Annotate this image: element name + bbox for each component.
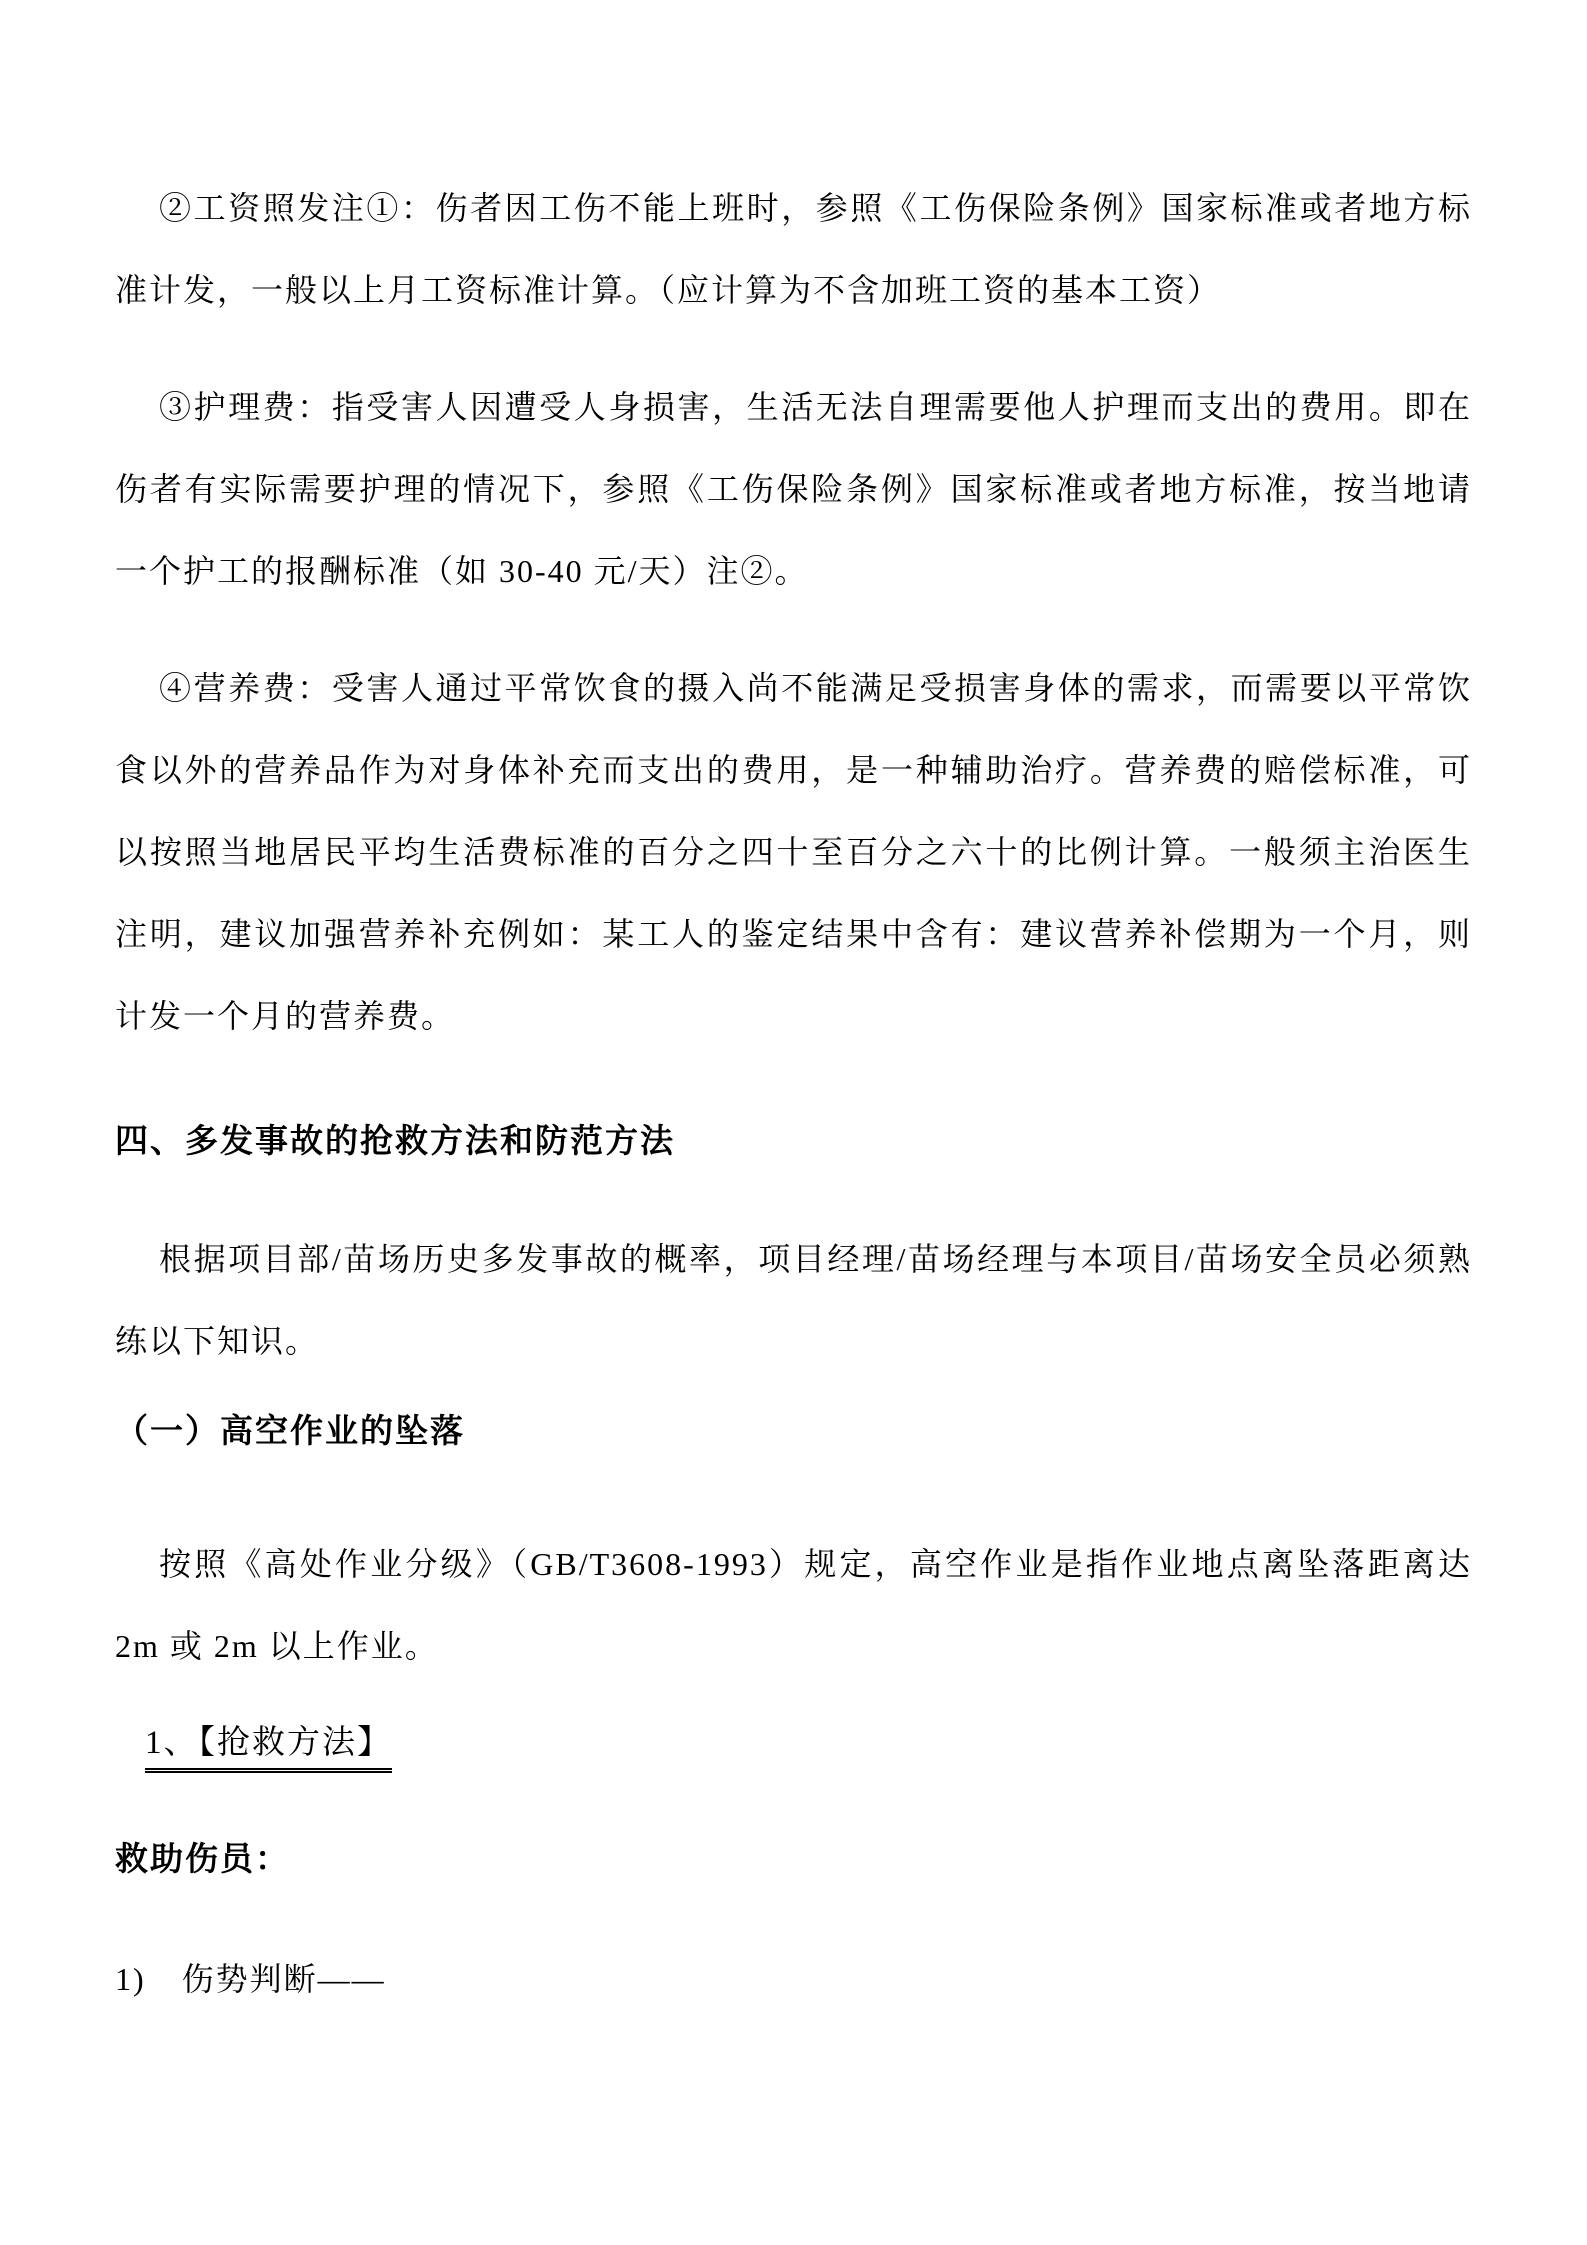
- heading-falling-from-height: （一）高空作业的坠落: [115, 1390, 1472, 1472]
- paragraph-nutrition-fee: ④营养费：受害人通过平常饮食的摄入尚不能满足受损害身体的需求，而需要以平常饮食以…: [115, 647, 1472, 1057]
- paragraph-height-work-definition: 按照《高处作业分级》（GB/T3608-1993）规定，高空作业是指作业地点离坠…: [115, 1523, 1472, 1687]
- document-page: ②工资照发注①：伤者因工伤不能上班时，参照《工伤保险条例》国家标准或者地方标准计…: [0, 0, 1587, 2245]
- list-item-injury-assessment: 1)伤势判断——: [115, 1938, 1472, 2020]
- list-item-number: 1): [115, 1961, 146, 1997]
- list-item-text: 伤势判断——: [182, 1961, 386, 1997]
- heading-section-four-rescue-prevention: 四、多发事故的抢救方法和防范方法: [115, 1100, 1472, 1182]
- paragraph-wage-payment: ②工资照发注①：伤者因工伤不能上班时，参照《工伤保险条例》国家标准或者地方标准计…: [115, 167, 1472, 331]
- rescue-methods-underlined-text: 1、【抢救方法】: [145, 1723, 392, 1773]
- paragraph-nursing-fee: ③护理费：指受害人因遭受人身损害，生活无法自理需要他人护理而支出的费用。即在伤者…: [115, 366, 1472, 612]
- paragraph-knowledge-requirement: 根据项目部/苗场历史多发事故的概率，项目经理/苗场经理与本项目/苗场安全员必须熟…: [115, 1218, 1472, 1382]
- heading-rescue-methods: 1、【抢救方法】: [115, 1702, 1472, 1784]
- label-rescue-victims: 救助伤员：: [115, 1818, 1472, 1900]
